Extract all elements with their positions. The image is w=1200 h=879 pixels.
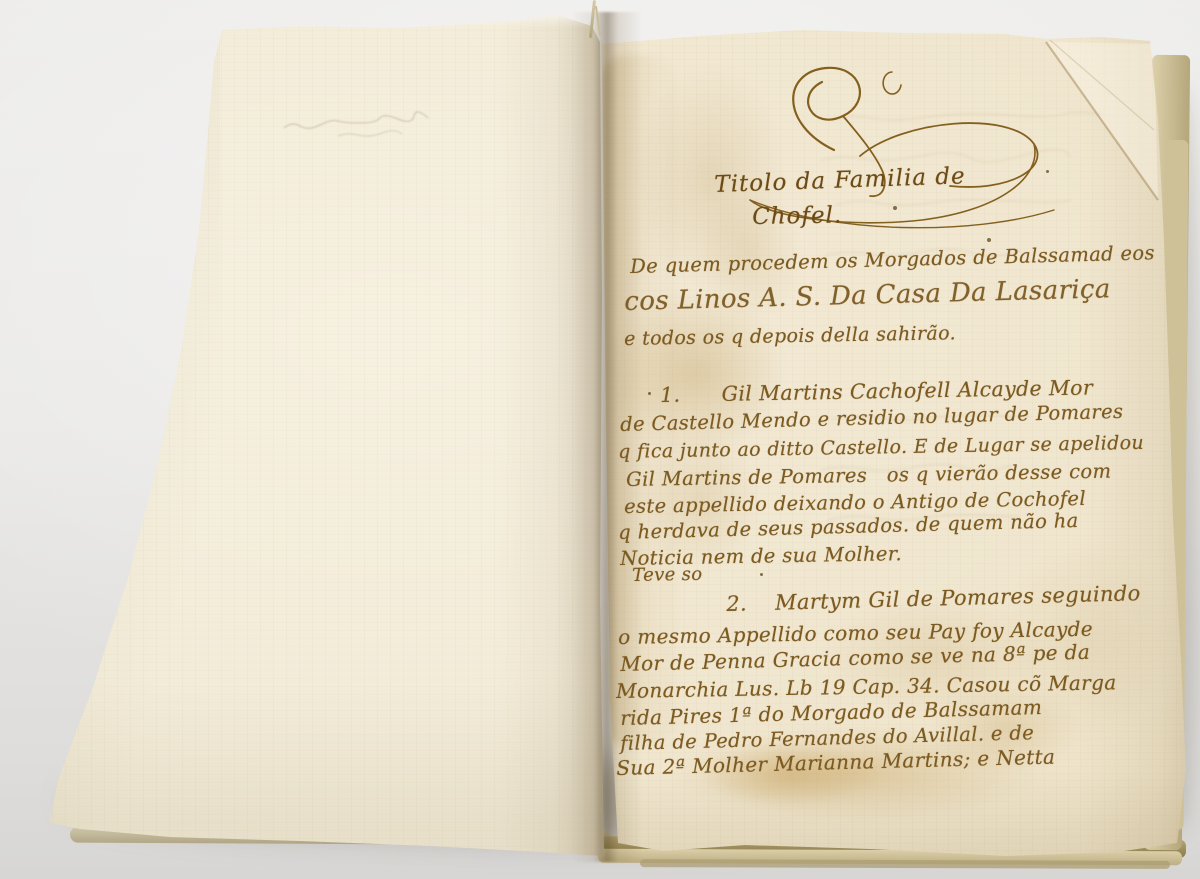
ink-speck xyxy=(893,206,897,210)
left-page-bottom-shading xyxy=(40,680,610,860)
manuscript-photograph: Titolo da Familia de Chofel. De quem pro… xyxy=(0,0,1200,879)
show-through-writing xyxy=(278,98,468,148)
manuscript-heading-line-2: Chofel. xyxy=(752,204,842,229)
ink-speck xyxy=(987,238,991,242)
ink-speck xyxy=(760,573,763,576)
binding-thread xyxy=(595,6,601,36)
ink-speck xyxy=(1046,170,1049,173)
manuscript-line: Teve so xyxy=(632,566,703,585)
bottom-leaf-stack-edge xyxy=(640,859,1170,869)
left-page-top-highlight xyxy=(210,14,605,28)
ink-speck xyxy=(648,392,651,395)
